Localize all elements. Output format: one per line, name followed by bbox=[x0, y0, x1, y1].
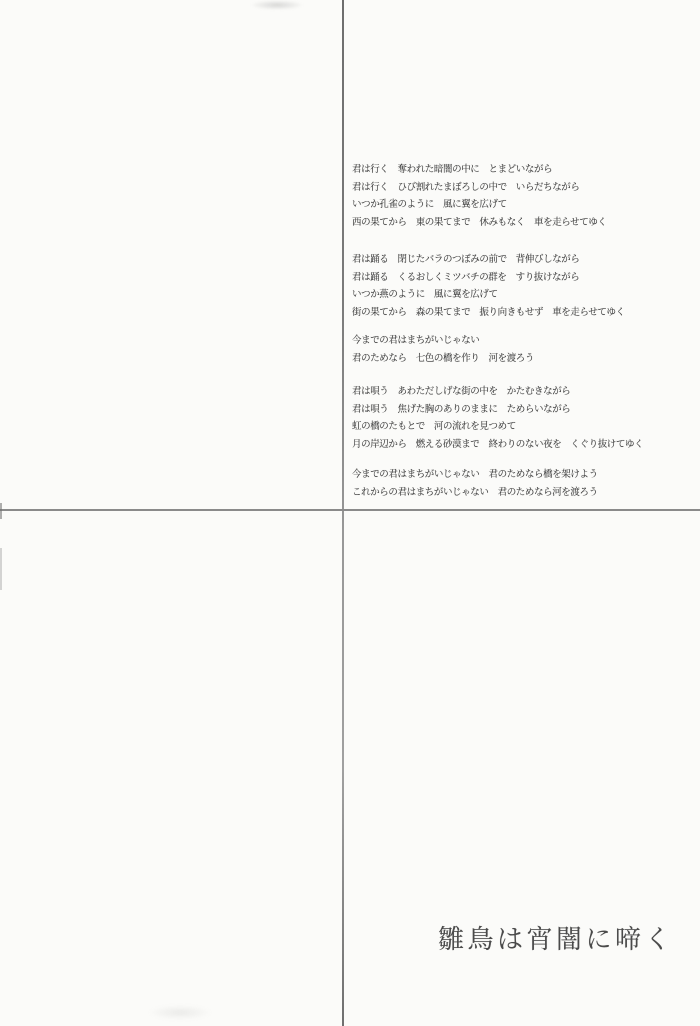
scan-edge-mark bbox=[0, 548, 2, 590]
lyric-line: 今までの君はまちがいじゃない bbox=[352, 332, 534, 350]
lyric-line: 君は唄う 焦げた胸のありのままに ためらいながら bbox=[352, 401, 643, 419]
lyric-line: 君は行く ひび割れたまぼろしの中で いらだちながら bbox=[352, 179, 607, 197]
vertical-divider-rule bbox=[342, 0, 344, 1026]
lyric-line: 君は踊る 閉じたバラのつぼみの前で 背伸びしながら bbox=[352, 251, 625, 269]
lyric-line: 虹の橋のたもとで 河の流れを見つめて bbox=[352, 418, 643, 436]
lyric-line: 街の果てから 森の果てまで 振り向きもせず 車を走らせてゆく bbox=[352, 304, 625, 322]
lyrics-refrain-2: 今までの君はまちがいじゃない 君のためなら橋を架けよう これからの君はまちがいじ… bbox=[352, 466, 598, 501]
lyrics-refrain-1: 今までの君はまちがいじゃない 君のためなら 七色の橋を作り 河を渡ろう bbox=[352, 332, 534, 367]
lyric-line: これからの君はまちがいじゃない 君のためなら河を渡ろう bbox=[352, 484, 598, 502]
lyric-line: 今までの君はまちがいじゃない 君のためなら橋を架けよう bbox=[352, 466, 598, 484]
lyrics-stanza-2: 君は踊る 閉じたバラのつぼみの前で 背伸びしながら 君は踊る くるおしくミツバチ… bbox=[352, 251, 625, 321]
scan-smudge-top bbox=[250, 0, 304, 10]
lyrics-stanza-3: 君は唄う あわただしげな街の中を かたむきながら 君は唄う 焦げた胸のありのまま… bbox=[352, 383, 643, 453]
scan-smudge-bottom bbox=[148, 1005, 212, 1020]
scan-edge-mark bbox=[0, 503, 2, 519]
lyric-line: 君のためなら 七色の橋を作り 河を渡ろう bbox=[352, 350, 534, 368]
lyric-line: 君は唄う あわただしげな街の中を かたむきながら bbox=[352, 383, 643, 401]
lyric-line: 西の果てから 東の果てまで 休みもなく 車を走らせてゆく bbox=[352, 214, 607, 232]
lyrics-stanza-1: 君は行く 奪われた暗闇の中に とまどいながら 君は行く ひび割れたまぼろしの中で… bbox=[352, 161, 607, 231]
song-title: 雛鳥は宵闇に啼く bbox=[438, 919, 674, 956]
lyric-line: いつか燕のように 風に翼を広げて bbox=[352, 286, 625, 304]
scanned-lyrics-page: 君は行く 奪われた暗闇の中に とまどいながら 君は行く ひび割れたまぼろしの中で… bbox=[0, 0, 700, 1026]
lyric-line: 月の岸辺から 燃える砂漠まで 終わりのない夜を くぐり抜けてゆく bbox=[352, 436, 643, 454]
lyric-line: 君は踊る くるおしくミツバチの群を すり抜けながら bbox=[352, 269, 625, 287]
lyric-line: 君は行く 奪われた暗闇の中に とまどいながら bbox=[352, 161, 607, 179]
lyric-line: いつか孔雀のように 風に翼を広げて bbox=[352, 196, 607, 214]
horizontal-divider-rule bbox=[0, 509, 700, 511]
